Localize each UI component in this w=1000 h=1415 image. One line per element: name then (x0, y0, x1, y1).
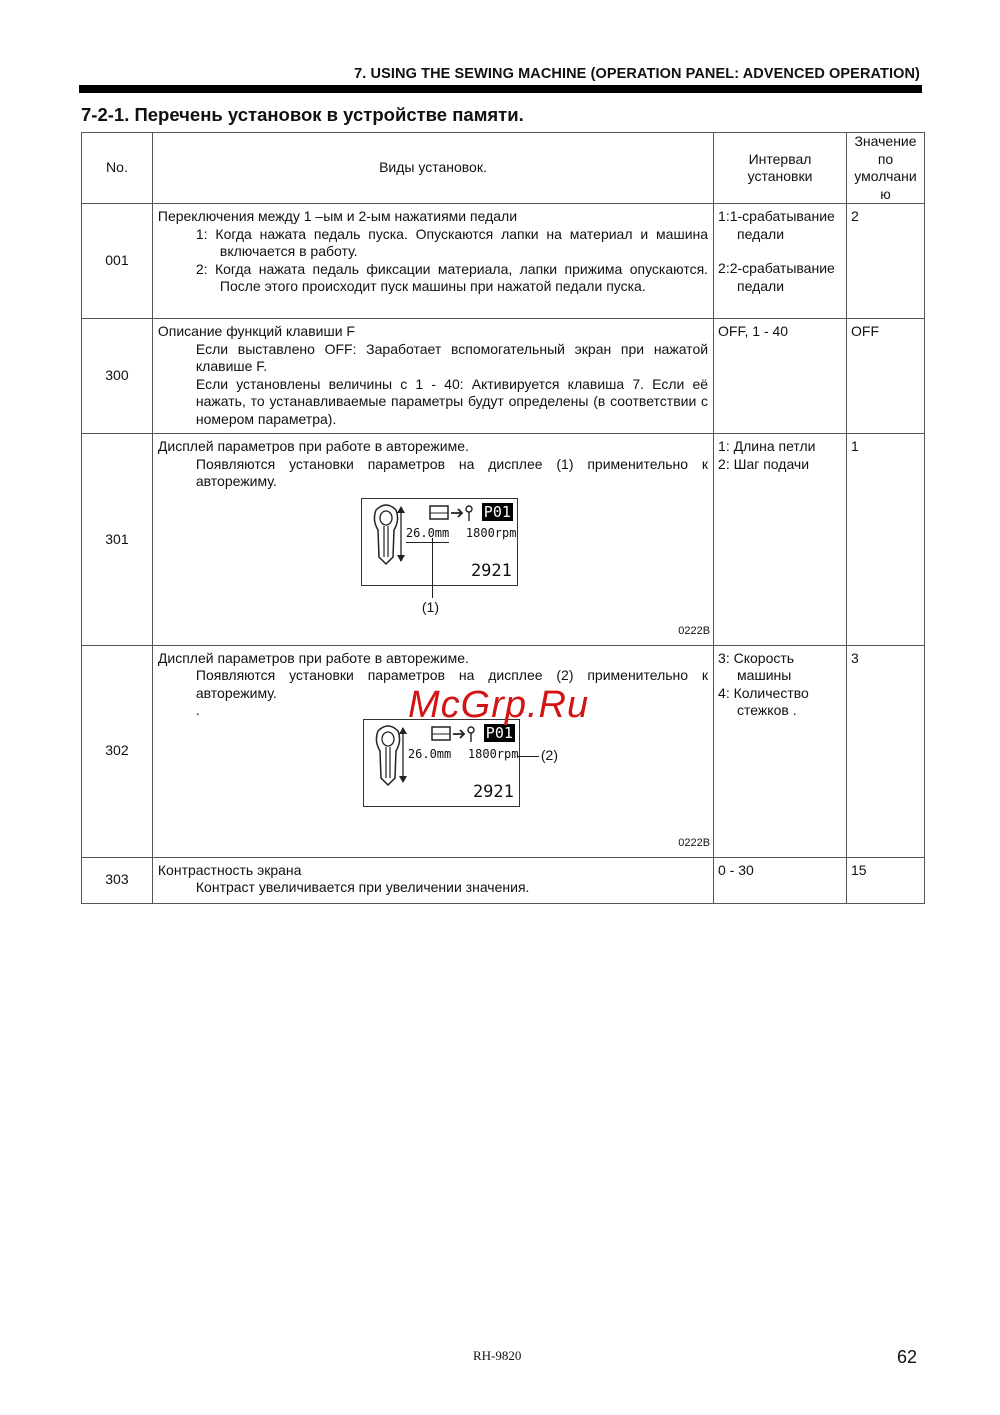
page-number: 62 (897, 1347, 917, 1368)
buttonhole-length: 26.0mm (406, 525, 449, 544)
figure-code: 0222B (678, 835, 710, 853)
row-item: Контраст увеличивается при увеличении зн… (158, 879, 708, 897)
default-value: 3 (847, 646, 924, 672)
figure-code: 0222B (678, 623, 710, 641)
row-number: 301 (82, 434, 153, 646)
machine-speed: 1800rpm (466, 525, 517, 543)
row-item: 2: Когда нажата педаль фиксации материал… (158, 261, 708, 296)
range-value: 1:1-срабатывание педали (718, 208, 842, 243)
row-item: Если выставлено OFF: Заработает вспомога… (158, 341, 708, 376)
default-value: 1 (847, 434, 924, 460)
stitch-count: 2921 (471, 563, 512, 581)
lcd-screen: P01 26.0mm 1800rpm 2921 (361, 498, 518, 586)
row-item: Появляются установки параметров на диспл… (158, 456, 708, 491)
row-title: Дисплей параметров при работе в авторежи… (158, 650, 708, 668)
row-title: Контрастность экрана (158, 862, 708, 880)
lcd-figure: P01 26.0mm 1800rpm 2921 (2) 0222B (153, 724, 713, 857)
table-row: 300 Описание функций клавиши F Если выст… (82, 319, 925, 434)
range-value: 1: Длина петли (718, 438, 842, 456)
header-divider (79, 85, 922, 93)
row-title: Описание функций клавиши F (158, 323, 708, 341)
lcd-figure: P01 26.0mm 1800rpm 2921 (1) 0222B (153, 495, 713, 645)
settings-table: No. Виды установок. Интервал установки З… (81, 132, 925, 904)
length-arrow-icon (396, 505, 406, 563)
default-value: 2 (847, 204, 924, 230)
table-header-row: No. Виды установок. Интервал установки З… (82, 133, 925, 204)
table-row: 302 Дисплей параметров при работе в авто… (82, 645, 925, 857)
table-row: 301 Дисплей параметров при работе в авто… (82, 434, 925, 646)
row-number: 302 (82, 645, 153, 857)
range-value: 4: Количество стежков . (718, 685, 842, 720)
default-value: OFF (847, 319, 924, 345)
row-title: Переключения между 1 –ым и 2-ым нажатиям… (158, 208, 708, 226)
range-value: OFF, 1 - 40 (714, 319, 846, 345)
length-arrow-icon (398, 726, 408, 784)
column-header-range: Интервал установки (714, 133, 847, 204)
column-header-no: No. (82, 133, 153, 204)
default-value: 15 (847, 858, 924, 884)
row-number: 303 (82, 857, 153, 903)
machine-to-needle-icon (428, 503, 488, 523)
stitch-count: 2921 (473, 784, 514, 802)
callout-line (432, 538, 433, 598)
row-item: 1: Когда нажата педаль пуска. Опускаются… (158, 226, 708, 261)
table-row: 001 Переключения между 1 –ым и 2-ым нажа… (82, 204, 925, 319)
range-value: 2:2-срабатывание педали (718, 260, 842, 295)
watermark: McGrp.Ru (408, 684, 589, 727)
range-value: 3: Скорость машины (718, 650, 842, 685)
range-value: 2: Шаг подачи (718, 456, 842, 474)
page-header-title: 7. USING THE SEWING MACHINE (OPERATION P… (354, 66, 920, 82)
machine-speed: 1800rpm (468, 746, 519, 764)
buttonhole-length: 26.0mm (408, 746, 451, 764)
row-title: Дисплей параметров при работе в авторежи… (158, 438, 708, 456)
row-item: Если установлены величины с 1 - 40: Акти… (158, 376, 708, 429)
column-header-description: Виды установок. (152, 133, 713, 204)
callout-line (517, 756, 539, 757)
row-number: 001 (82, 204, 153, 319)
section-title: 7-2-1. Перечень установок в устройстве п… (81, 104, 524, 126)
row-number: 300 (82, 319, 153, 434)
column-header-default: Значение по умолчани ю (847, 133, 925, 204)
program-number: P01 (482, 503, 513, 521)
table-row: 303 Контрастность экрана Контраст увелич… (82, 857, 925, 903)
range-value: 0 - 30 (714, 858, 846, 884)
footer-model: RH-9820 (473, 1348, 521, 1364)
callout-label: (2) (541, 747, 558, 765)
callout-label: (1) (422, 599, 439, 617)
lcd-screen: P01 26.0mm 1800rpm 2921 (363, 719, 520, 807)
